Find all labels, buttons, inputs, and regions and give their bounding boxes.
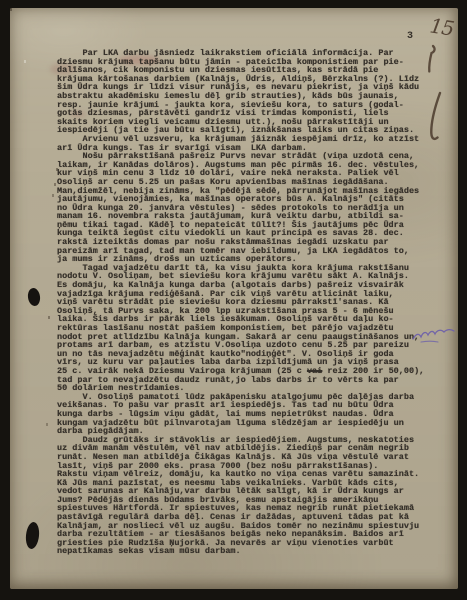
paper-specks — [10, 8, 12, 11]
text-line: nepatīkamas sekas visam mūsu darbam. — [57, 547, 437, 556]
letter-body: Par LKA darbu jāsniedz laikrakstiem ofic… — [57, 49, 437, 556]
handwritten-folio-number: 15 — [428, 13, 455, 40]
scanned-document-page: 3 15 Par LKA darbu jāsniedz laikrakstiem… — [0, 0, 467, 600]
typed-page-number: 3 — [407, 31, 413, 42]
paper-sheet: 3 15 Par LKA darbu jāsniedz laikrakstiem… — [10, 8, 458, 589]
